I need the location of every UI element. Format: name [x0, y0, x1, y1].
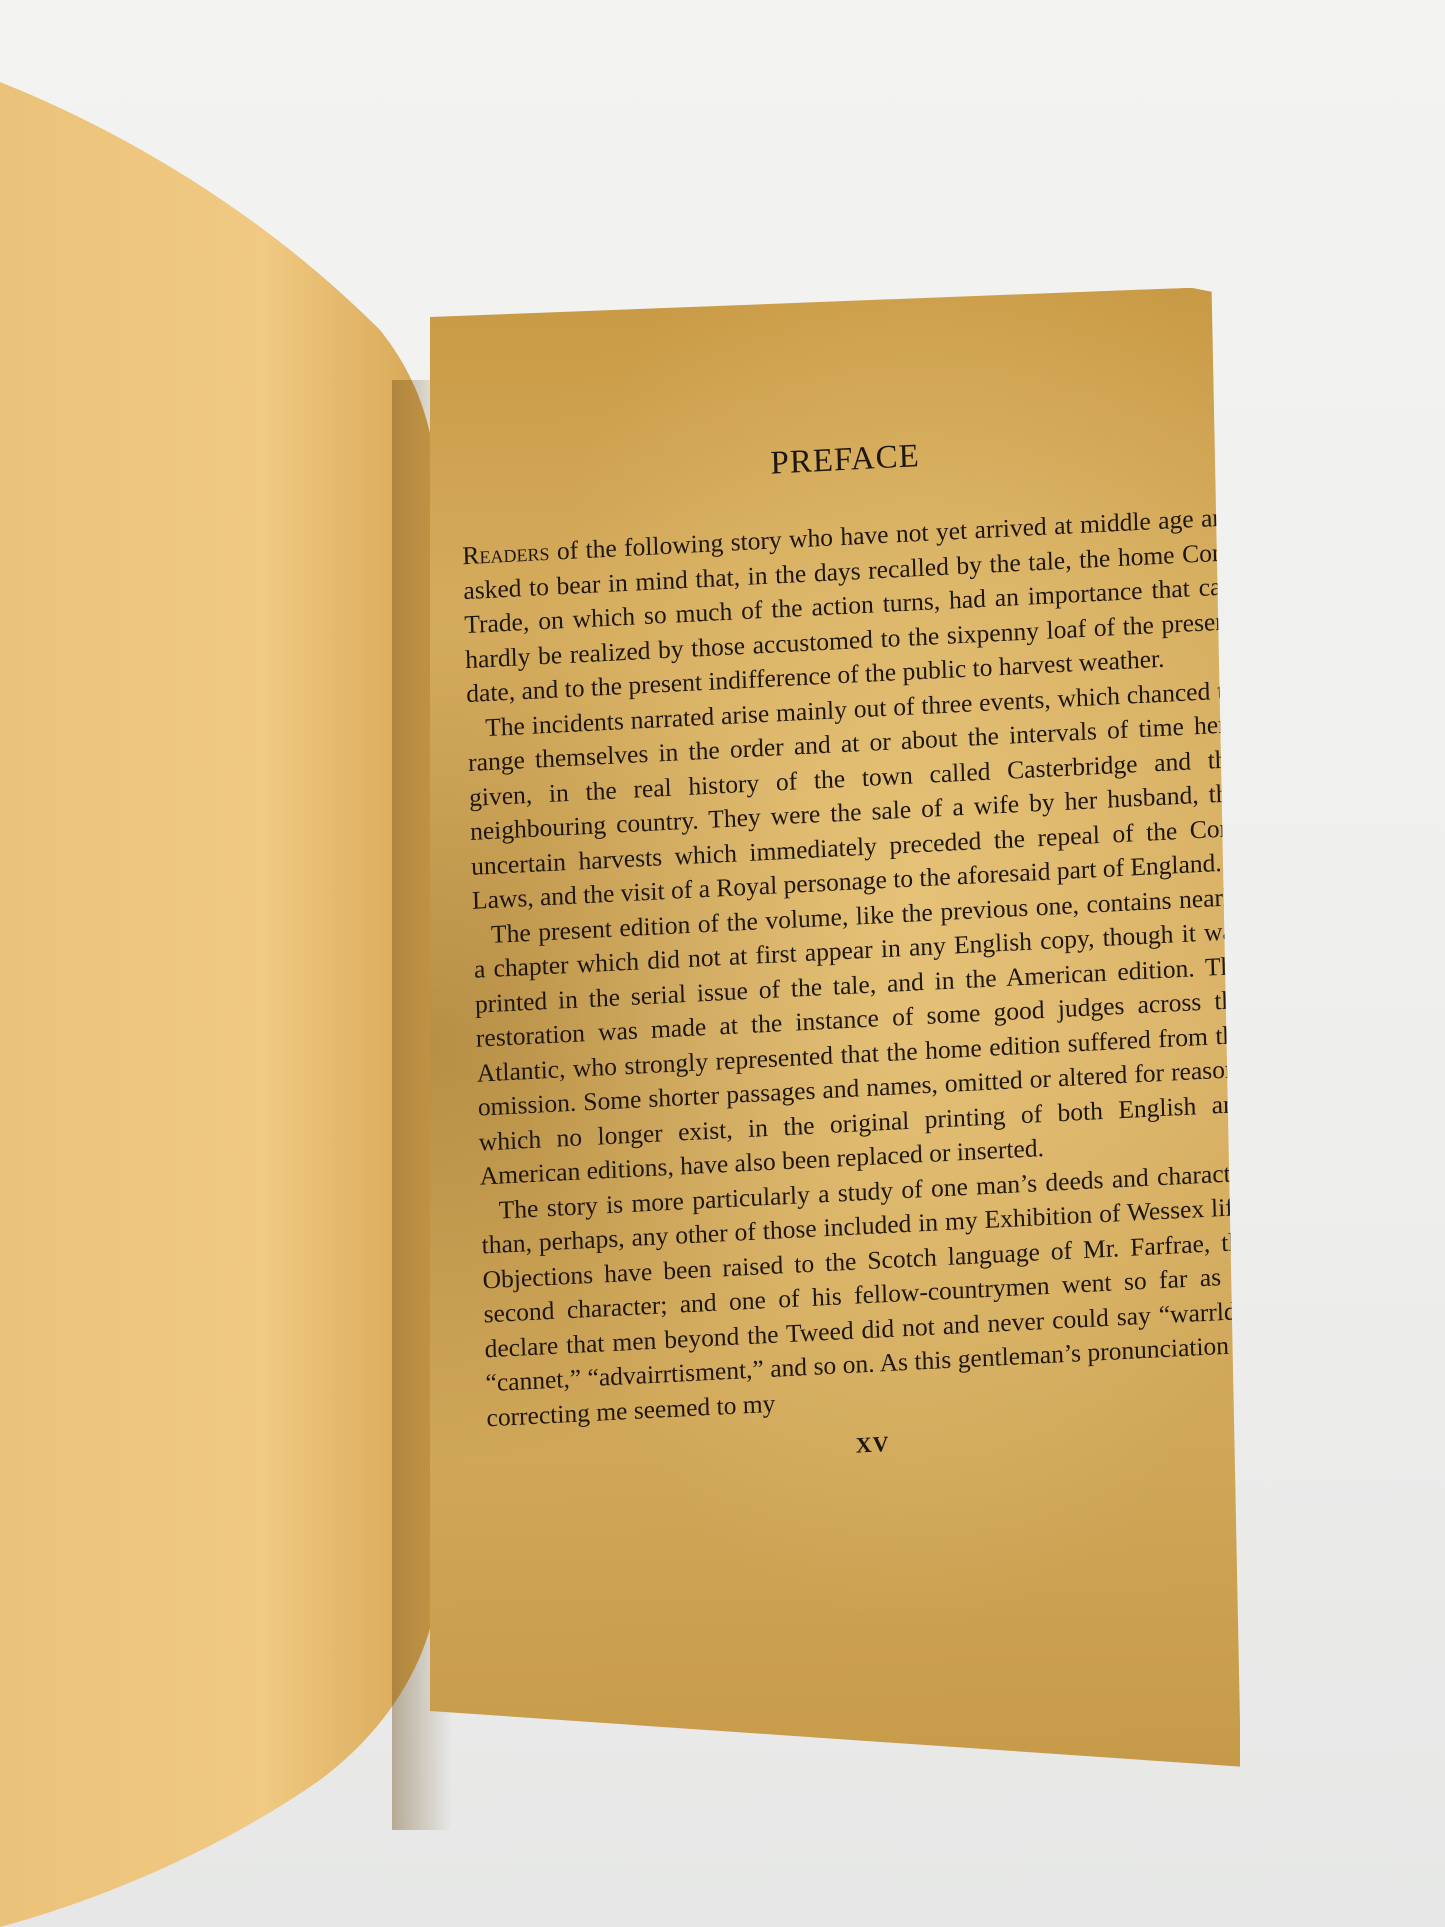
drop-word: Readers	[462, 537, 550, 570]
paragraph-1-text: of the following story who have not yet …	[463, 502, 1235, 708]
page-text-block: PREFACE Readers of the following story w…	[460, 430, 1258, 1481]
left-page-curl	[0, 0, 460, 1927]
paragraph-4: The story is more particularly a study o…	[480, 1155, 1256, 1435]
right-page: PREFACE Readers of the following story w…	[430, 287, 1240, 1785]
paragraph-3: The present edition of the volume, like …	[473, 879, 1250, 1194]
paragraph-2: The incidents narrated arise mainly out …	[467, 673, 1242, 919]
photo-scene: PREFACE Readers of the following story w…	[0, 0, 1445, 1927]
left-page-shape	[0, 0, 460, 1927]
page-title: PREFACE	[460, 420, 1231, 499]
